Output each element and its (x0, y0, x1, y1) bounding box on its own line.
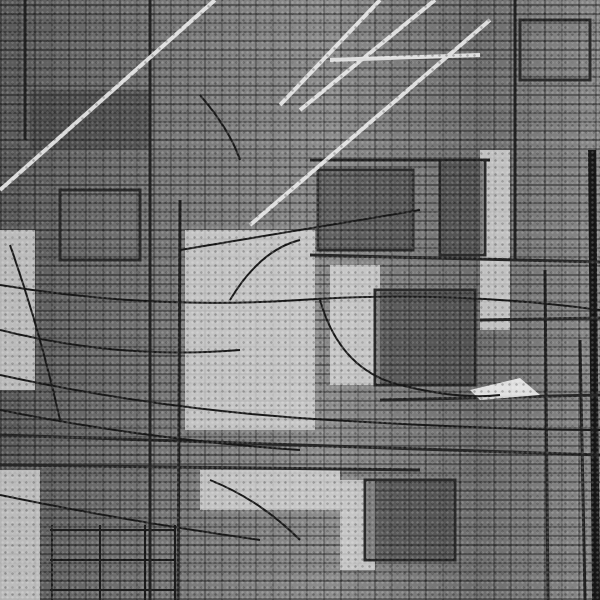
photograph (0, 0, 600, 600)
film-grain (0, 0, 600, 600)
